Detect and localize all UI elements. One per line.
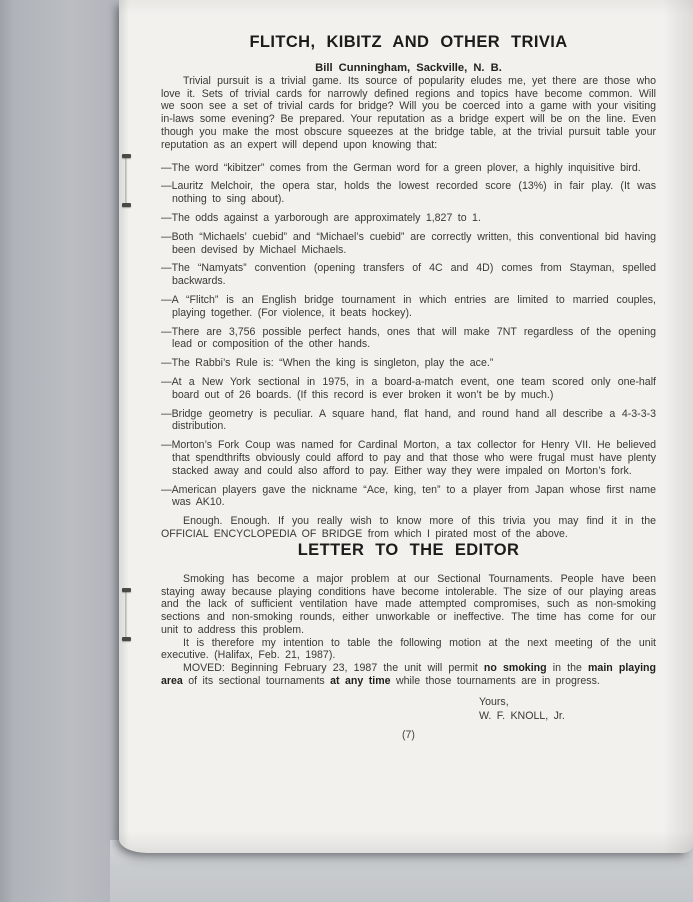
- article-closing: Enough. Enough. If you really wish to kn…: [161, 515, 656, 541]
- motion-bold-at-any-time: at any time: [330, 675, 390, 687]
- trivia-item: —Lauritz Melchoir, the opera star, holds…: [161, 180, 656, 206]
- trivia-item: —Both “Michaels’ cuebid” and “Michael’s …: [161, 231, 656, 257]
- trivia-item: —At a New York sectional in 1975, in a b…: [161, 376, 656, 402]
- signature-name: W. F. KNOLL, Jr.: [479, 709, 656, 724]
- trivia-item: —Bridge geometry is peculiar. A square h…: [161, 408, 656, 434]
- letter-motion: MOVED: Beginning February 23, 1987 the u…: [161, 662, 656, 688]
- signoff: Yours,: [479, 695, 656, 710]
- newsletter-page: FLITCH, KIBITZ AND OTHER TRIVIA Bill Cun…: [119, 0, 693, 853]
- trivia-item: —Morton’s Fork Coup was named for Cardin…: [161, 439, 656, 477]
- trivia-item: —The odds against a yarborough are appro…: [161, 212, 656, 225]
- letter-paragraph-1: Smoking has become a major problem at ou…: [161, 573, 656, 637]
- motion-text: in the: [547, 662, 588, 674]
- scanned-newsletter: FLITCH, KIBITZ AND OTHER TRIVIA Bill Cun…: [0, 0, 693, 902]
- page-content: FLITCH, KIBITZ AND OTHER TRIVIA Bill Cun…: [119, 0, 693, 742]
- trivia-item: —A “Flitch” is an English bridge tournam…: [161, 294, 656, 320]
- letter-paragraph-2: It is therefore my intention to table th…: [161, 637, 656, 663]
- signature-block: Yours, W. F. KNOLL, Jr.: [479, 695, 656, 724]
- trivia-item: —The Rabbi’s Rule is: “When the king is …: [161, 357, 656, 370]
- motion-text: MOVED: Beginning February 23, 1987 the u…: [183, 662, 484, 674]
- trivia-list: —The word “kibitzer” comes from the Germ…: [161, 162, 656, 510]
- page-number: (7): [161, 729, 656, 742]
- motion-bold-no-smoking: no smoking: [484, 662, 547, 674]
- motion-text: while those tournaments are in progress.: [391, 675, 600, 687]
- letter-title: LETTER TO THE EDITOR: [161, 541, 656, 560]
- trivia-item: —The word “kibitzer” comes from the Germ…: [161, 162, 656, 175]
- trivia-item: —The “Namyats” convention (opening trans…: [161, 262, 656, 288]
- article-byline: Bill Cunningham, Sackville, N. B.: [161, 62, 656, 75]
- trivia-item: —American players gave the nickname “Ace…: [161, 484, 656, 510]
- article-title: FLITCH, KIBITZ AND OTHER TRIVIA: [161, 33, 656, 52]
- motion-text: of its sectional tournaments: [183, 675, 330, 687]
- trivia-item: —There are 3,756 possible perfect hands,…: [161, 326, 656, 352]
- article-intro: Trivial pursuit is a trivial game. Its s…: [161, 75, 656, 152]
